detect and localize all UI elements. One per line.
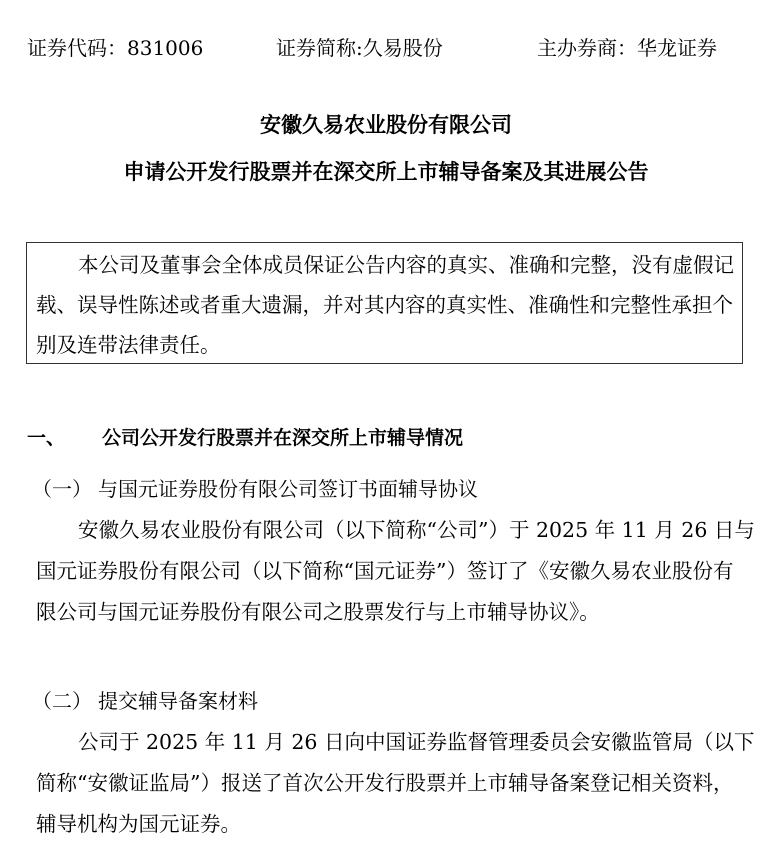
security-info-header: 证券代码：831006 证券简称:久易股份 主办券商：华龙证券 (0, 34, 772, 62)
security-code: 证券代码：831006 (27, 34, 203, 62)
paragraph-line: 国元证券股份有限公司（以下简称“国元证券”）签订了《安徽久易农业股份有 (36, 557, 733, 585)
section-number: 一、 (27, 424, 65, 452)
paragraph-line: 公司于 2025 年 11 月 26 日向中国证券监督管理委员会安徽监管局（以下 (78, 728, 754, 756)
disclaimer-line: 本公司及董事会全体成员保证公告内容的真实、准确和完整，没有虚假记 (78, 251, 734, 279)
announcement-page: 证券代码：831006 证券简称:久易股份 主办券商：华龙证券 安徽久易农业股份… (0, 0, 772, 863)
subsection-title: 与国元证券股份有限公司签订书面辅导协议 (98, 475, 478, 503)
company-name-title: 安徽久易农业股份有限公司 (0, 110, 772, 140)
subsection-number: （二） (32, 687, 92, 715)
lead-broker: 主办券商：华龙证券 (537, 34, 717, 62)
disclaimer-box: 本公司及董事会全体成员保证公告内容的真实、准确和完整，没有虚假记 载、误导性陈述… (26, 242, 743, 364)
paragraph-line: 简称“安徽证监局”）报送了首次公开发行股票并上市辅导备案登记相关资料， (36, 769, 733, 797)
security-abbreviation: 证券简称:久易股份 (276, 34, 443, 62)
subsection-number: （一） (32, 475, 92, 503)
disclaimer-line: 别及连带法律责任。 (36, 331, 221, 359)
paragraph-line: 辅导机构为国元证券。 (36, 810, 241, 838)
announcement-title: 申请公开发行股票并在深交所上市辅导备案及其进展公告 (0, 157, 772, 187)
disclaimer-line: 载、误导性陈述或者重大遗漏，并对其内容的真实性、准确性和完整性承担个 (36, 291, 733, 319)
section-title: 公司公开发行股票并在深交所上市辅导情况 (102, 424, 463, 452)
subsection-title: 提交辅导备案材料 (98, 687, 258, 715)
paragraph-line: 安徽久易农业股份有限公司（以下简称“公司”）于 2025 年 11 月 26 日… (78, 516, 755, 544)
paragraph-line: 限公司与国元证券股份有限公司之股票发行与上市辅导协议》。 (36, 598, 600, 626)
